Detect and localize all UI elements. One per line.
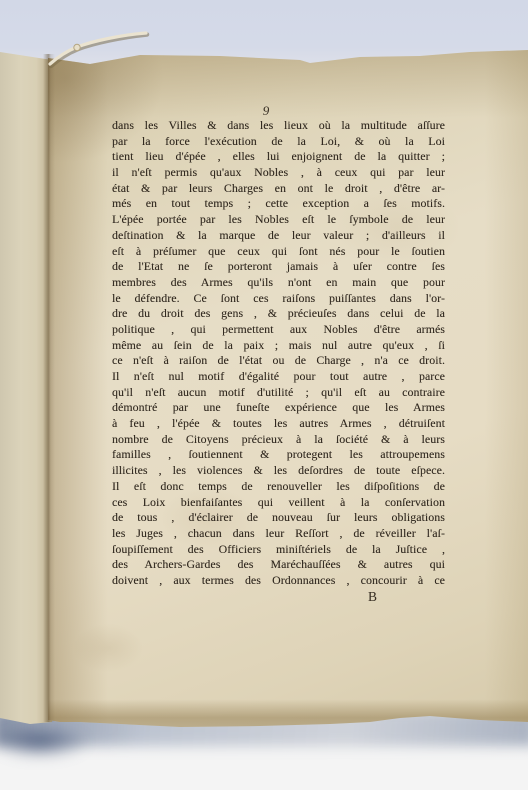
text-line: L'épée portée par les Nobles eſt le ſymb… <box>112 212 445 228</box>
text-line: deſtination & la marque de leur valeur ;… <box>112 228 445 244</box>
text-line: familles , ſoutiennent & protegent les a… <box>112 447 445 463</box>
text-line: ce n'eſt à raiſon de l'état ou de Charge… <box>112 353 445 369</box>
text-line: dre du droit des gens , & précieuſes dan… <box>112 306 445 322</box>
text-line: Il n'eſt nul motif d'égalité pour tout a… <box>112 369 445 385</box>
text-line: nombre de Citoyens précieux à la ſociété… <box>112 432 445 448</box>
text-line: il n'eſt permis qu'aux Nobles , à ceux q… <box>112 165 445 181</box>
text-line: de l'Etat ne ſe porteront jamais à uſer … <box>112 259 445 275</box>
text-line: politique , qui permettent aux Nobles d'… <box>112 322 445 338</box>
signature-mark: B <box>368 589 377 605</box>
text-line: doivent , aux termes des Ordonnances , c… <box>112 573 445 589</box>
text-line: par la force l'exécution de la Loi, & où… <box>112 134 445 150</box>
text-line: tient lieu d'épée , elles lui enjoignent… <box>112 149 445 165</box>
text-line: més en tout temps ; cette exception a ſe… <box>112 196 445 212</box>
text-line: ſoupiſſement des Officiers miniſtériels … <box>112 542 445 558</box>
body-text: dans les Villes & dans les lieux où la m… <box>112 118 445 589</box>
photo-of-book-page: 9 dans les Villes & dans les lieux où la… <box>0 0 528 790</box>
text-line: les Juges , chacun dans leur Reſſort , d… <box>112 526 445 542</box>
text-line: de tous , d'éclairer de nouveau ſur leur… <box>112 510 445 526</box>
text-line: dans les Villes & dans les lieux où la m… <box>112 118 445 134</box>
text-line: membres des Armes qu'ils n'ont en main q… <box>112 275 445 291</box>
text-line: Il eſt donc temps de renouveller les diſ… <box>112 479 445 495</box>
text-line: démontré par une funeſte expérience que … <box>112 400 445 416</box>
text-line: état & par leurs Charges en ont le droit… <box>112 181 445 197</box>
text-line: même au ſein de la paix ; mais nul autre… <box>112 338 445 354</box>
text-line: ces Loix bienfaiſantes qui veillent à la… <box>112 495 445 511</box>
text-line: illicites , les violences & les deſordre… <box>112 463 445 479</box>
text-line: à feu , l'épée & toutes les autres Armes… <box>112 416 445 432</box>
text-line: des Archers-Gardes des Maréchauſſées & a… <box>112 557 445 573</box>
text-line: qu'il n'eſt aucun motif d'utilité ; qu'i… <box>112 385 445 401</box>
text-line: le défendre. Ce ſont ces raiſons puiſſan… <box>112 291 445 307</box>
gutter-crease <box>43 54 55 722</box>
text-line: eſt à préſumer que ceux qui ſont nés pou… <box>112 244 445 260</box>
page-number: 9 <box>240 103 292 119</box>
book-drop-shadow-left <box>0 726 90 760</box>
